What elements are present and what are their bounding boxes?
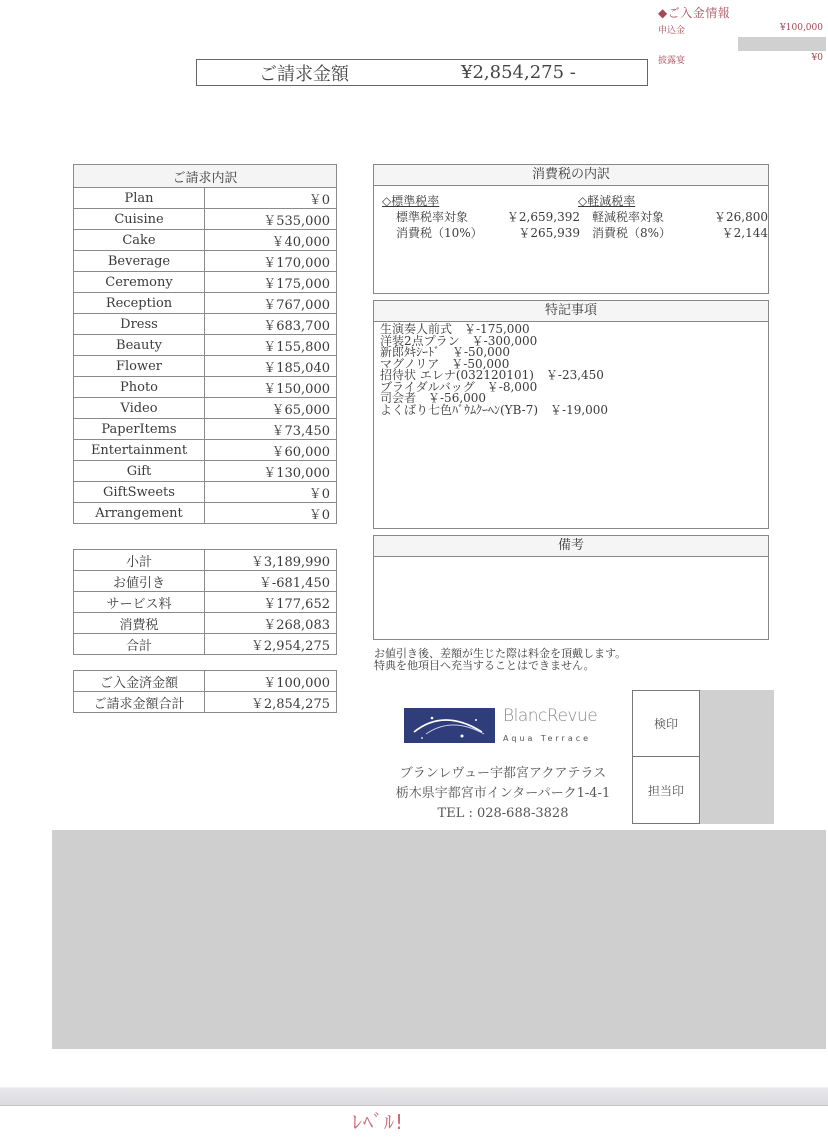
row-value: ￥170,000: [205, 251, 337, 272]
row-value: ￥130,000: [205, 461, 337, 482]
row-value: ￥535,000: [205, 209, 337, 230]
row-label: 消費税: [74, 613, 205, 634]
row-label: GiftSweets: [74, 482, 205, 503]
row-label: Photo: [74, 377, 205, 398]
payment-info: ◆ご入金情報 申込金 ¥100,000 披露宴 ¥0: [658, 4, 823, 36]
table-row: Reception￥767,000: [74, 293, 337, 314]
row-label: Beauty: [74, 335, 205, 356]
venue-brand: BlancRevue: [503, 706, 597, 726]
row-value: ￥155,800: [205, 335, 337, 356]
venue-name: ブランレヴュー宇都宮アクアテラス: [390, 764, 616, 784]
wave-logo-icon: [404, 708, 495, 743]
table-row: Arrangement￥0: [74, 503, 337, 524]
row-value: ￥185,040: [205, 356, 337, 377]
payment-info-row: 申込金 ¥100,000: [658, 23, 823, 36]
row-label: Gift: [74, 461, 205, 482]
table-row: お値引き￥-681,450: [74, 571, 337, 592]
tax-row: 消費税（8%）￥2,144: [578, 225, 768, 241]
row-value: ￥-681,450: [205, 571, 337, 592]
row-value: ￥0: [205, 188, 337, 209]
row-label: お値引き: [74, 571, 205, 592]
inspection-stamp: 検印: [633, 691, 699, 757]
row-value: ￥177,652: [205, 592, 337, 613]
table-row: 小計￥3,189,990: [74, 550, 337, 571]
redacted-area: [738, 37, 826, 51]
table-row: Video￥65,000: [74, 398, 337, 419]
row-value: ￥65,000: [205, 398, 337, 419]
summary-table: 小計￥3,189,990お値引き￥-681,450サービス料￥177,652消費…: [73, 549, 337, 655]
row-label: 合計: [74, 634, 205, 655]
table-row: ご請求金額合計￥2,854,275: [74, 692, 337, 713]
row-value: ￥2,954,275: [205, 634, 337, 655]
table-row: Gift￥130,000: [74, 461, 337, 482]
reduced-rate-section: ◇軽減税率 軽減税率対象￥26,800 消費税（8%）￥2,144: [578, 193, 768, 241]
page-separator: [0, 1087, 828, 1106]
special-notes-panel: 特記事項 生演奏人前式 ￥-175,000洋装2点プラン ￥-300,000新郎…: [373, 300, 769, 529]
venue-tel: TEL : 028-688-3828: [390, 804, 616, 824]
table-row: Dress￥683,700: [74, 314, 337, 335]
table-row: 合計￥2,954,275: [74, 634, 337, 655]
list-item: よくばり七色ﾊﾞｳﾑｸｰﾍﾝ(YB-7) ￥-19,000: [380, 405, 762, 417]
invoice-total-value: ¥2,854,275 -: [461, 62, 576, 83]
table-row: Flower￥185,040: [74, 356, 337, 377]
handwritten-signature: ﾚﾍﾞﾙ!: [352, 1106, 404, 1135]
standard-rate-section: ◇標準税率 標準税率対象￥2,659,392 消費税（10%）￥265,939: [382, 193, 580, 241]
row-value: ￥73,450: [205, 419, 337, 440]
redacted-area: [700, 690, 774, 824]
row-value: ￥0: [205, 482, 337, 503]
remarks-title: 備考: [374, 536, 768, 557]
stamp-boxes: 検印 担当印: [632, 690, 700, 824]
row-label: ご入金済金額: [74, 671, 205, 692]
row-value: ￥268,083: [205, 613, 337, 634]
row-value: ￥0: [205, 503, 337, 524]
tax-row: 消費税（10%）￥265,939: [382, 225, 580, 241]
redacted-area: [52, 830, 826, 1049]
table-row: Photo￥150,000: [74, 377, 337, 398]
tax-row: 標準税率対象￥2,659,392: [382, 209, 580, 225]
row-label: Entertainment: [74, 440, 205, 461]
row-value: ￥767,000: [205, 293, 337, 314]
row-label: Cuisine: [74, 209, 205, 230]
special-notes-title: 特記事項: [374, 301, 768, 322]
table-row: サービス料￥177,652: [74, 592, 337, 613]
special-notes-list: 生演奏人前式 ￥-175,000洋装2点プラン ￥-300,000新郎ﾀｷｼｰﾄ…: [374, 322, 768, 418]
payment-info-title: ◆ご入金情報: [658, 4, 823, 21]
table-row: Cuisine￥535,000: [74, 209, 337, 230]
row-value: ￥683,700: [205, 314, 337, 335]
row-label: Reception: [74, 293, 205, 314]
table-row: Beverage￥170,000: [74, 251, 337, 272]
row-value: ￥2,854,275: [205, 692, 337, 713]
tax-breakdown-title: 消費税の内訳: [374, 165, 768, 186]
row-value: ￥175,000: [205, 272, 337, 293]
row-value: ￥3,189,990: [205, 550, 337, 571]
tax-breakdown-panel: 消費税の内訳 ◇標準税率 標準税率対象￥2,659,392 消費税（10%）￥2…: [373, 164, 769, 294]
row-value: ￥150,000: [205, 377, 337, 398]
venue-address: 栃木県宇都宮市インターパーク1-4-1: [390, 784, 616, 804]
venue-brand-sub: Aqua Terrace: [503, 734, 591, 743]
row-label: 小計: [74, 550, 205, 571]
table-row: Beauty￥155,800: [74, 335, 337, 356]
row-label: Beverage: [74, 251, 205, 272]
row-label: Ceremony: [74, 272, 205, 293]
staff-stamp: 担当印: [633, 757, 699, 823]
payment-info-row: 披露宴 ¥0: [658, 53, 823, 66]
row-label: Arrangement: [74, 503, 205, 524]
table-row: PaperItems￥73,450: [74, 419, 337, 440]
table-row: ご入金済金額￥100,000: [74, 671, 337, 692]
row-label: Cake: [74, 230, 205, 251]
disclaimer: お値引き後、差額が生じた際は料金を頂戴します。 特典を他項目へ充当することはでき…: [374, 648, 626, 672]
table-row: Cake￥40,000: [74, 230, 337, 251]
tax-row: 軽減税率対象￥26,800: [578, 209, 768, 225]
row-label: Dress: [74, 314, 205, 335]
row-label: Flower: [74, 356, 205, 377]
table-row: Ceremony￥175,000: [74, 272, 337, 293]
table-row: 消費税￥268,083: [74, 613, 337, 634]
row-label: Video: [74, 398, 205, 419]
breakdown-table: ご請求内訳 Plan￥0Cuisine￥535,000Cake￥40,000Be…: [73, 164, 337, 524]
invoice-total-box: ご請求金額 ¥2,854,275 -: [196, 59, 648, 86]
venue-logo: [404, 708, 495, 743]
table-row: Plan￥0: [74, 188, 337, 209]
row-value: ￥100,000: [205, 671, 337, 692]
payment-summary-table: ご入金済金額￥100,000ご請求金額合計￥2,854,275: [73, 670, 337, 713]
table-row: GiftSweets￥0: [74, 482, 337, 503]
breakdown-title: ご請求内訳: [74, 165, 337, 188]
table-row: Entertainment￥60,000: [74, 440, 337, 461]
invoice-total-label: ご請求金額: [259, 60, 349, 86]
row-label: サービス料: [74, 592, 205, 613]
row-value: ￥40,000: [205, 230, 337, 251]
row-label: PaperItems: [74, 419, 205, 440]
venue-address-block: ブランレヴュー宇都宮アクアテラス 栃木県宇都宮市インターパーク1-4-1 TEL…: [390, 764, 616, 824]
row-label: Plan: [74, 188, 205, 209]
row-label: ご請求金額合計: [74, 692, 205, 713]
row-value: ￥60,000: [205, 440, 337, 461]
remarks-panel: 備考: [373, 535, 769, 640]
